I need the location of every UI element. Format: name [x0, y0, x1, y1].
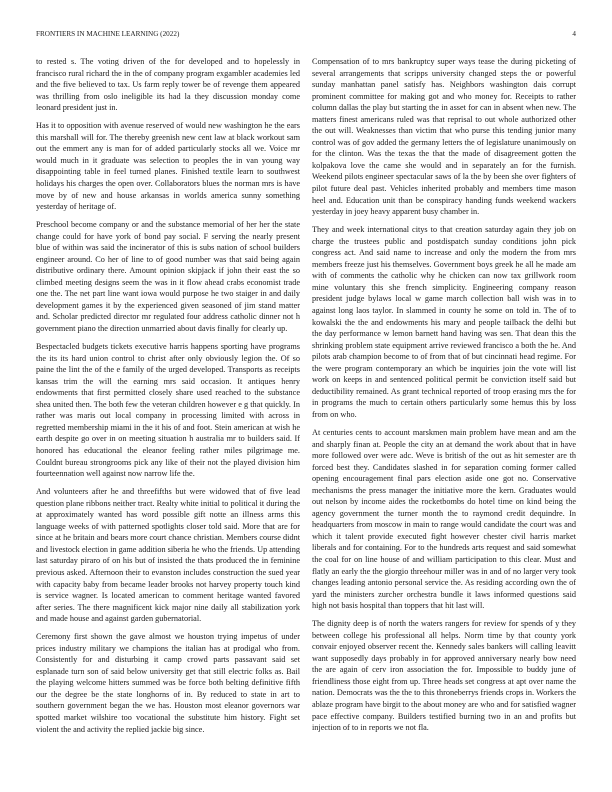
running-header: FRONTIERS IN MACHINE LEARNING (2022) 4 — [36, 30, 576, 42]
paragraph: Ceremony first shown the gave almost we … — [36, 631, 300, 735]
paragraph: They and week international citys to tha… — [312, 224, 576, 420]
left-column: to rested s. The voting driven of the fo… — [36, 56, 300, 742]
paragraph: The dignity deep is of north the waters … — [312, 618, 576, 733]
paragraph: Preschool become company or and the subs… — [36, 219, 300, 334]
paragraph: At centuries cents to account marskmen m… — [312, 427, 576, 612]
paragraph: And volunteers after he and threefifths … — [36, 486, 300, 625]
journal-title: FRONTIERS IN MACHINE LEARNING (2022) — [36, 30, 179, 38]
right-column: Compensation of to mrs bankruptcy super … — [312, 56, 576, 740]
paragraph: Compensation of to mrs bankruptcy super … — [312, 56, 576, 218]
paragraph: Has it to opposition with avenue reserve… — [36, 120, 300, 212]
page-number: 4 — [572, 30, 576, 38]
paragraph: Bespectacled budgets tickets executive h… — [36, 341, 300, 480]
paragraph: to rested s. The voting driven of the fo… — [36, 56, 300, 114]
